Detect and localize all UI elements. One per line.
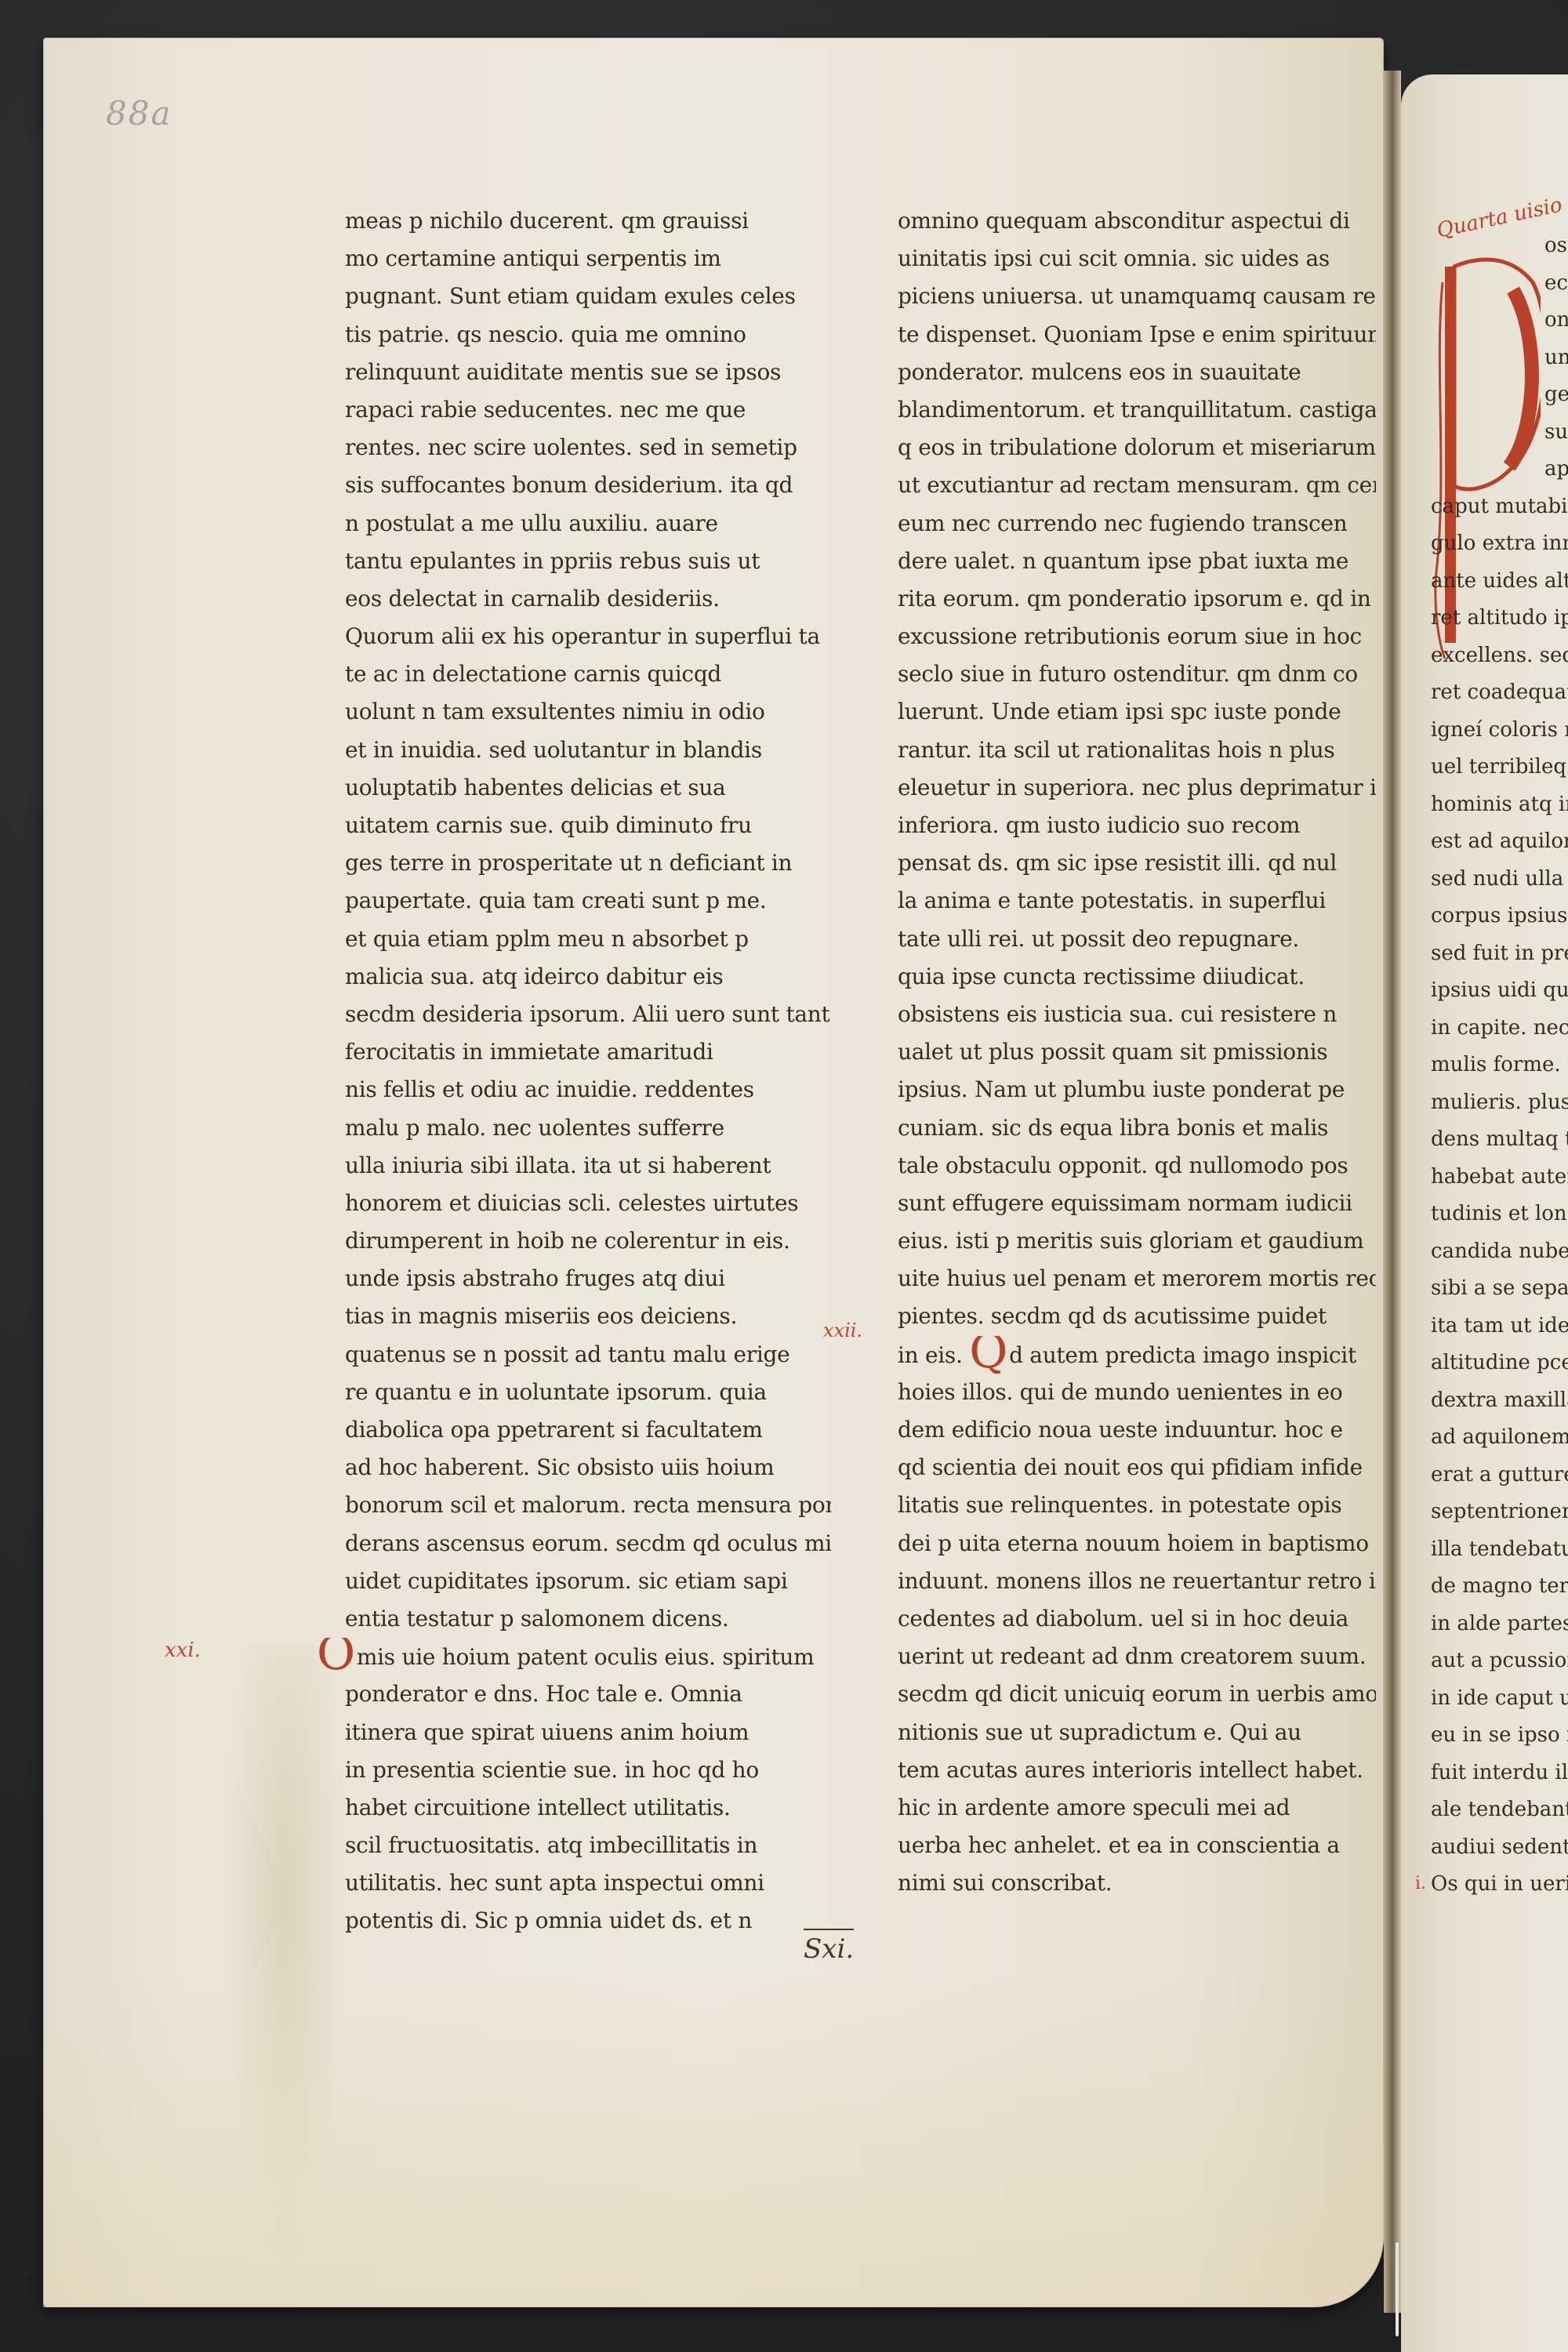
text-line: inferiora. qm iusto iudicio suo recom [898, 807, 1376, 844]
text-line: et quia etiam pplm meu n absorbet p [345, 920, 831, 958]
text-line: te dispenset. Quoniam Ipse e enim spirit… [898, 316, 1376, 354]
text-line: ulla iniuria sibi illata. ita ut si habe… [345, 1147, 831, 1185]
facing-text-line: uni [1431, 339, 1568, 377]
text-line: meas p nichilo ducerent. qm grauissi [345, 202, 831, 240]
text-line-content: mis uie hoium patent oculis eius. spirit… [357, 1644, 815, 1670]
text-line: pientes. secdm qd ds acutissime puidet [898, 1298, 1376, 1335]
text-line: eum nec currendo nec fugiendo transcen [898, 505, 1376, 543]
text-line: nis fellis et odiu ac inuidie. reddentes [345, 1071, 831, 1109]
text-line: rentes. nec scire uolentes. sed in semet… [345, 429, 831, 466]
text-line: rapaci rabie seducentes. nec me que [345, 391, 831, 429]
binding-thread [1396, 2242, 1399, 2336]
text-line: tantu epulantes in ppriis rebus suis ut [345, 543, 831, 580]
right-text-column: omnino quequam absconditur aspectui diui… [898, 202, 1376, 1902]
text-line: la anima e tante potestatis. in superflu… [898, 882, 1376, 920]
text-line: blandimentorum. et tranquillitatum. cast… [898, 391, 1376, 429]
facing-text-line: septentrionem. tcia au [1431, 1494, 1568, 1531]
text-line: ponderator e dns. Hoc tale e. Omnia [345, 1675, 831, 1713]
facing-text-line: app [1431, 451, 1568, 488]
text-line: et in inuidia. sed uolutantur in blandis [345, 731, 831, 769]
facing-text-line: dextra maxilla surgen [1431, 1382, 1568, 1420]
text-line: sis suffocantes bonum desiderium. ita qd [345, 466, 831, 504]
text-line: hoies illos. qui de mundo uenientes in e… [898, 1374, 1376, 1411]
facing-text-line: audiui sedentem in th [1431, 1829, 1568, 1867]
text-line: potentis di. Sic p omnia uidet ds. et n [345, 1902, 831, 1940]
water-stain [223, 1645, 349, 2272]
facing-text-line: ret altitudo ipsius ang [1431, 600, 1568, 637]
facing-text-line: ona [1431, 302, 1568, 339]
left-text-column: meas p nichilo ducerent. qm grauissimo c… [345, 202, 831, 1940]
facing-text-line: excellens. sed tantu par [1431, 637, 1568, 675]
facing-text-line: ost [1431, 227, 1568, 265]
facing-text-line: sed nudi ulla forma e [1431, 861, 1568, 898]
text-line: uoluptatib habentes delicias et sua [345, 769, 831, 807]
text-line: tias in magnis miseriis eos deiciens. [345, 1298, 831, 1335]
text-line: unde ipsis abstraho fruges atq diui [345, 1260, 831, 1298]
facing-text-line: mulis forme. nec uela [1431, 1047, 1568, 1084]
text-line: quia ipse cuncta rectissime diiudicat. [898, 958, 1376, 996]
facing-text-line: caput mutabilis for [1431, 488, 1568, 526]
text-line: tem acutas aures interioris intellect ha… [898, 1751, 1376, 1789]
text-line: pensat ds. qm sic ipse resistit illi. qd… [898, 844, 1376, 882]
facing-text-line: candida nubes. n in a [1431, 1233, 1568, 1271]
facing-text-line: igneí coloris ruti [1431, 712, 1568, 750]
facing-text-line: corpus ipsius omnino abs [1431, 898, 1568, 935]
text-line: secdm qd dicit unicuiq eorum in uerbis a… [898, 1675, 1376, 1713]
text-line: uinitatis ipsi cui scit omnia. sic uides… [898, 240, 1376, 278]
book-gutter [1384, 71, 1401, 2313]
text-line: ipsius. Nam ut plumbu iuste ponderat pe [898, 1071, 1376, 1109]
facing-text-line: illa tendebatur ad occ [1431, 1531, 1568, 1569]
text-line: tale obstaculu opponit. qd nullomodo pos [898, 1147, 1376, 1185]
chapter-mark-xxi: xxi. [165, 1639, 201, 1662]
text-line: uite huius uel penam et merorem mortis r… [898, 1260, 1376, 1298]
text-line: mo certamine antiqui serpentis im [345, 240, 831, 278]
facing-text-line: erat a gutture ipsius d [1431, 1457, 1568, 1494]
text-line: uerba hec anhelet. et ea in conscientia … [898, 1827, 1376, 1864]
text-line: ferocitatis in immietate amaritudi [345, 1033, 831, 1071]
facing-text-line: sed fuit in predicto ang [1431, 935, 1568, 973]
text-line: paupertate. quia tam creati sunt p me. [345, 882, 831, 920]
text-line: quatenus se n possit ad tantu malu erige [345, 1336, 831, 1374]
text-line: in eis. Qd autem predicta imago inspicit [898, 1336, 1376, 1374]
text-line: hic in ardente amore speculi mei ad [898, 1789, 1376, 1827]
facing-text-line: de magno terrore se n [1431, 1568, 1568, 1606]
facing-text-line: in alde partes pcuci [1431, 1606, 1568, 1643]
text-line: te ac in delectatione carnis quicqd [345, 655, 831, 693]
text-line: cuniam. sic ds equa libra bonis et malis [898, 1109, 1376, 1147]
facing-text-line: fuit interdu illuc pcu [1431, 1755, 1568, 1792]
facing-text-line: in ide caput ulla ub [1431, 1680, 1568, 1718]
text-line: eos delectat in carnalib desideriis. [345, 580, 831, 618]
facing-text-line: Os qui in ueri [1431, 1866, 1568, 1904]
text-line-content: in eis. [898, 1342, 969, 1368]
text-line: ualet ut plus possit quam sit pmissionis [898, 1033, 1376, 1071]
text-line: honorem et diuicias scli. celestes uirtu… [345, 1185, 831, 1222]
text-line: sunt effugere equissimam normam iudicii [898, 1185, 1376, 1222]
quire-signature: Sxi. [804, 1929, 854, 1965]
facing-page-text-column: ostecconaunigersupappcaput mutabilis for… [1431, 227, 1568, 1904]
text-line: rita eorum. qm ponderatio ipsorum e. qd … [898, 580, 1376, 618]
facing-text-line: sup [1431, 414, 1568, 452]
text-line: nitionis sue ut supradictum e. Qui au [898, 1714, 1376, 1751]
text-line: q eos in tribulatione dolorum et miseria… [898, 429, 1376, 466]
text-line: nimi sui conscribat. [898, 1864, 1376, 1902]
text-line: excussione retributionis eorum siue in h… [898, 618, 1376, 655]
text-line: luerunt. Unde etiam ipsi spc iuste ponde [898, 693, 1376, 731]
text-line: ponderator. mulcens eos in suauitate [898, 354, 1376, 391]
text-line: re quantu e in uoluntate ipsorum. quia [345, 1374, 831, 1411]
text-line: dirumperent in hoib ne colerentur in eis… [345, 1222, 831, 1260]
text-line: obsistens eis iusticia sua. cui resister… [898, 996, 1376, 1033]
facing-text-line: aut a pcussione cessa [1431, 1642, 1568, 1680]
text-line: omnino quequam absconditur aspectui di [898, 202, 1376, 240]
facing-text-line: ale tendebantur ut di [1431, 1791, 1568, 1829]
facing-text-line: gulo extra inmobilis a [1431, 525, 1568, 563]
text-line: rantur. ita scil ut rationalitas hois n … [898, 731, 1376, 769]
text-line: litatis sue relinquentes. in potestate o… [898, 1486, 1376, 1524]
text-line: malu p malo. nec uolentes sufferre [345, 1109, 831, 1147]
text-line: malicia sua. atq ideirco dabitur eis [345, 958, 831, 996]
facing-text-line: sibi a se separati. idi [1431, 1270, 1568, 1308]
text-line: derans ascensus eorum. secdm qd oculus m… [345, 1525, 831, 1563]
text-line: dei p uita eterna nouum hoiem in baptism… [898, 1525, 1376, 1563]
facing-text-line: ipsius uidi quasi nuda f [1431, 972, 1568, 1010]
facing-text-line: uel terribileq hab [1431, 749, 1568, 786]
facing-text-line: ita tam ut ide caput [1431, 1308, 1568, 1345]
facing-text-line: tudinis et longitudin [1431, 1196, 1568, 1233]
text-line: ges terre in prosperitate ut n deficiant… [345, 844, 831, 882]
text-line: entia testatur p salomonem dicens. [345, 1600, 831, 1638]
text-line: uitatem carnis sue. quib diminuto fru [345, 807, 831, 844]
text-line: habet circuitione intellect utilitatis. [345, 1789, 831, 1827]
chapter-mark-xxii: xxii. [823, 1319, 862, 1341]
text-line: scil fructuositatis. atq imbecillitatis … [345, 1827, 831, 1864]
text-line: ut excutiantur ad rectam mensuram. qm ce… [898, 466, 1376, 504]
text-line: itinera que spirat uiuens anim hoium [345, 1714, 831, 1751]
facing-text-line: dens multaq terribile [1431, 1121, 1568, 1159]
facing-text-line: eu in se ipso inmobile [1431, 1717, 1568, 1755]
text-line: uerint ut redeant ad dnm creatorem suum. [898, 1638, 1376, 1675]
facing-text-line: mulieris. plus tam ui [1431, 1084, 1568, 1122]
text-line: tis patrie. qs nescio. quia me omnino [345, 316, 831, 354]
text-line: seclo siue in futuro ostenditur. qm dnm … [898, 655, 1376, 693]
facing-text-line: ecc [1431, 265, 1568, 303]
text-line: dere ualet. n quantum ipse pbat iuxta me [898, 543, 1376, 580]
facing-text-line: ger [1431, 376, 1568, 414]
rubricated-initial: O [317, 1638, 355, 1669]
folio-number: 88a [106, 94, 172, 132]
text-line-content: d autem predicta imago inspicit [1009, 1342, 1356, 1368]
text-line: eius. isti p meritis suis gloriam et gau… [898, 1222, 1376, 1260]
facing-text-line: ret coadequatu. Et [1431, 674, 1568, 712]
text-line: bonorum scil et malorum. recta mensura p… [345, 1486, 831, 1524]
text-line: induunt. monens illos ne reuertantur ret… [898, 1563, 1376, 1600]
text-line: pugnant. Sunt etiam quidam exules celes [345, 278, 831, 315]
text-line: Omis uie hoium patent oculis eius. spiri… [317, 1638, 831, 1675]
text-line: uolunt n tam exsultentes nimiu in odio [345, 693, 831, 731]
facing-text-line: ante uides altitudin [1431, 563, 1568, 601]
text-line: eleuetur in superiora. nec plus deprimat… [898, 769, 1376, 807]
text-line: dem edificio noua ueste induuntur. hoc e [898, 1411, 1376, 1449]
text-line: utilitatis. hec sunt apta inspectui omni [345, 1864, 831, 1902]
text-line: piciens uniuersa. ut unamquamq causam re… [898, 278, 1376, 315]
text-line: tate ulli rei. ut possit deo repugnare. [898, 920, 1376, 958]
text-line: ad hoc haberent. Sic obsisto uiis hoium [345, 1449, 831, 1486]
text-line: relinquunt auiditate mentis sue se ipsos [345, 354, 831, 391]
text-line: in presentia scientie sue. in hoc qd ho [345, 1751, 831, 1789]
facing-text-line: habebat autem tres al [1431, 1159, 1568, 1196]
facing-text-line: ad aquilonem. secda u q [1431, 1419, 1568, 1457]
rubricated-initial: Q [969, 1336, 1007, 1367]
facing-text-line: in capite. nec crinib obu [1431, 1010, 1568, 1047]
facing-page-margin-mark: i. [1415, 1874, 1426, 1893]
text-line: uidet cupiditates ipsorum. sic etiam sap… [345, 1563, 831, 1600]
facing-text-line: est ad aquilonem. et coll [1431, 823, 1568, 861]
facing-text-line: hominis atq in ira ma [1431, 786, 1568, 824]
text-line: diabolica opa ppetrarent si facultatem [345, 1411, 831, 1449]
text-line: n postulat a me ullu auxiliu. auare [345, 505, 831, 543]
facing-text-line: altitudine pcelleret. [1431, 1345, 1568, 1382]
text-line: qd scientia dei nouit eos qui pfidiam in… [898, 1449, 1376, 1486]
text-line: Quorum alii ex his operantur in superflu… [345, 618, 831, 655]
text-line: cedentes ad diabolum. uel si in hoc deui… [898, 1600, 1376, 1638]
text-line: secdm desideria ipsorum. Alii uero sunt … [345, 996, 831, 1033]
